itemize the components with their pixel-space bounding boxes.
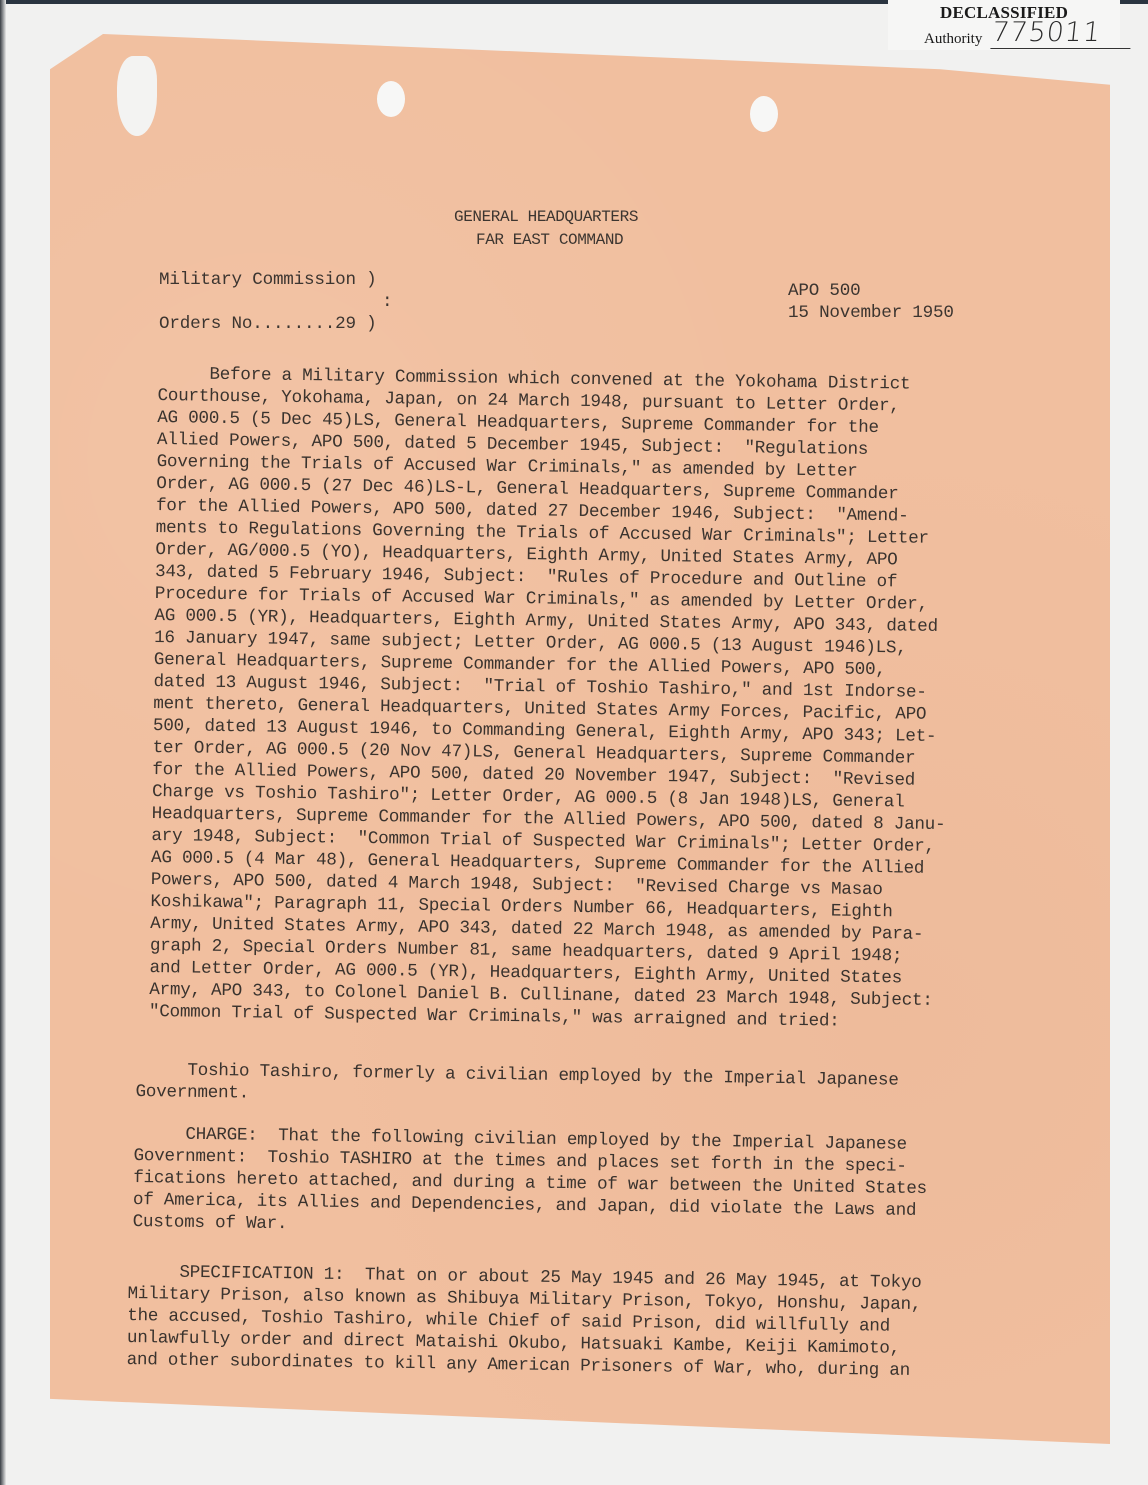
declassified-stamp: DECLASSIFIED Authority 775011 — [888, 0, 1120, 50]
torn-corner — [117, 56, 157, 136]
caption-orders-number: Orders No........29 ) — [159, 314, 377, 336]
punch-hole-right — [750, 96, 778, 132]
header-line-2: FAR EAST COMMAND — [476, 231, 623, 249]
caption-apo: APO 500 — [788, 281, 861, 303]
accused-line: Government. — [135, 1082, 249, 1104]
authority-number: 775011 — [990, 18, 1133, 49]
scan-border-left — [0, 0, 6, 1485]
caption-date: 15 November 1950 — [788, 303, 954, 325]
punch-hole-left — [377, 81, 405, 117]
caption-commission: Military Commission ) — [159, 270, 377, 292]
authority-label: Authority — [924, 31, 982, 48]
caption-colon: : — [382, 292, 392, 314]
header-line-1: GENERAL HEADQUARTERS — [454, 208, 638, 226]
charge-line: Customs of War. — [132, 1212, 287, 1234]
